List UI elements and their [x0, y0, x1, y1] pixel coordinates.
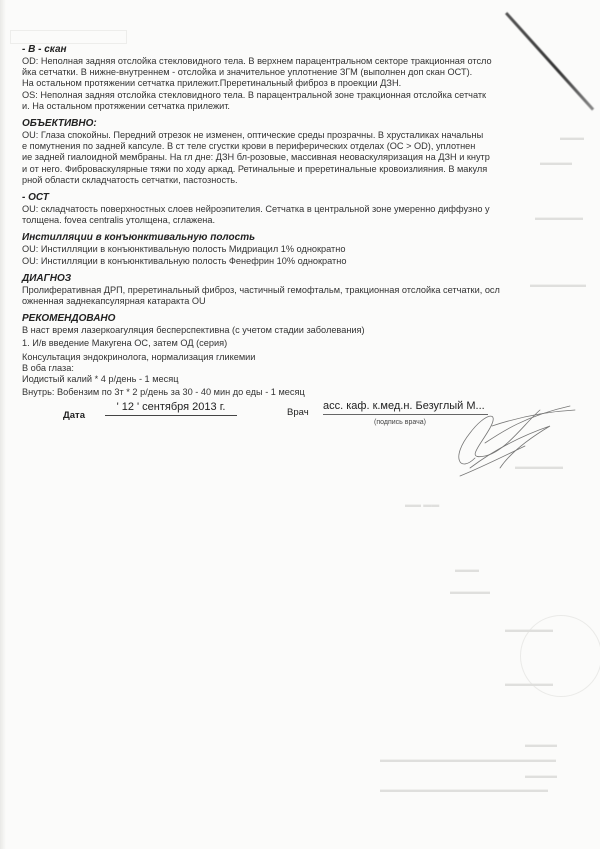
text-line: рной области складчатость сетчатки, паст… — [22, 175, 547, 186]
section-b-scan: - В - скан OD: Неполная задняя отслойка … — [22, 44, 547, 112]
scanned-document-page: ▬▬▬ ▬▬▬▬ ▬▬▬▬▬▬ ▬▬▬▬▬▬▬ ▬▬▬▬▬▬ ▬▬ ▬▬ ▬▬▬… — [0, 0, 600, 849]
doctor-label: Врач — [287, 407, 309, 418]
text-line: OU: Глаза спокойны. Передний отрезок не … — [22, 130, 547, 141]
section-heading: ОБЪЕКТИВНО: — [22, 118, 547, 130]
section-objective: ОБЪЕКТИВНО: OU: Глаза спокойны. Передний… — [22, 118, 547, 186]
text-line: ие задней гиалоидной мембраны. На гл дне… — [22, 152, 547, 163]
ghost-box — [10, 30, 127, 44]
signature-caption: (подпись врача) — [374, 419, 426, 426]
text-line: OU: складчатость поверхностных слоев ней… — [22, 204, 547, 215]
section-recommended: РЕКОМЕНДОВАНО В наст время лазеркоагуляц… — [22, 313, 547, 398]
date-label: Дата — [63, 410, 85, 421]
text-line: толщена. fovea centralis утолщена, сглаж… — [22, 215, 547, 226]
section-instillations: Инстилляции в конъюнктивальную полость O… — [22, 232, 547, 266]
section-heading: - ОСТ — [22, 192, 547, 204]
text-line: OS: Неполная задняя отслойка стекловидно… — [22, 90, 547, 101]
section-heading: Инстилляции в конъюнктивальную полость — [22, 232, 547, 244]
ghost-text: ▬▬▬▬▬▬▬▬▬▬▬▬▬▬▬▬▬▬▬▬▬▬ — [380, 755, 556, 764]
section-heading: ДИАГНОЗ — [22, 273, 547, 285]
text-line: 1. И/в введение Макугена ОС, затем ОД (с… — [22, 338, 547, 349]
section-oct: - ОСТ OU: складчатость поверхностных сло… — [22, 192, 547, 226]
text-line: Консультация эндокринолога, нормализация… — [22, 352, 547, 363]
ghost-stamp — [520, 615, 600, 697]
ghost-text: ▬▬▬▬ — [525, 771, 557, 780]
section-heading: РЕКОМЕНДОВАНО — [22, 313, 547, 325]
ghost-text: ▬▬▬▬▬ — [450, 587, 490, 596]
text-line: OU: Инстилляции в конъюнктивальную полос… — [22, 244, 547, 255]
text-line: и от него. Фиброваскулярные тяжи по ходу… — [22, 164, 547, 175]
text-line: Пролиферативная ДРП, преретинальный фибр… — [22, 285, 547, 296]
ghost-text: ▬▬▬ — [455, 565, 479, 574]
date-value: ' 12 ' сентября 2013 г. — [105, 401, 237, 416]
ghost-text: ▬▬▬ — [560, 133, 584, 142]
text-line: е помутнения по задней капсуле. В ст тел… — [22, 141, 547, 152]
text-line: и. На остальном протяжении сетчатка прил… — [22, 101, 547, 112]
section-heading: - В - скан — [22, 44, 547, 56]
text-line: ожненная заднекапсулярная катаракта OU — [22, 296, 547, 307]
text-line: Внутрь: Вобензим по 3т * 2 р/день за 30 … — [22, 387, 547, 398]
text-line: OD: Неполная задняя отслойка стекловидно… — [22, 56, 547, 67]
ghost-text: ▬▬▬▬▬▬▬▬▬▬▬▬▬▬▬▬▬▬▬▬▬ — [380, 785, 548, 794]
handwritten-signature-icon — [430, 398, 580, 478]
text-line: В наст время лазеркоагуляция бесперспект… — [22, 325, 547, 336]
text-line: йка сетчатки. В нижне-внутреннем - отсло… — [22, 67, 547, 78]
ghost-text: ▬▬▬▬ — [525, 740, 557, 749]
text-line: В оба глаза: — [22, 363, 547, 374]
section-diagnosis: ДИАГНОЗ Пролиферативная ДРП, преретиналь… — [22, 273, 547, 307]
text-line: Иодистый калий * 4 р/день - 1 месяц — [22, 374, 547, 385]
ghost-text: ▬▬ ▬▬ — [405, 500, 439, 509]
text-line: На остальном протяжении сетчатка прилежи… — [22, 78, 547, 89]
text-line: OU: Инстилляции в конъюнктивальную полос… — [22, 256, 547, 267]
document-body: - В - скан OD: Неполная задняя отслойка … — [22, 44, 547, 404]
